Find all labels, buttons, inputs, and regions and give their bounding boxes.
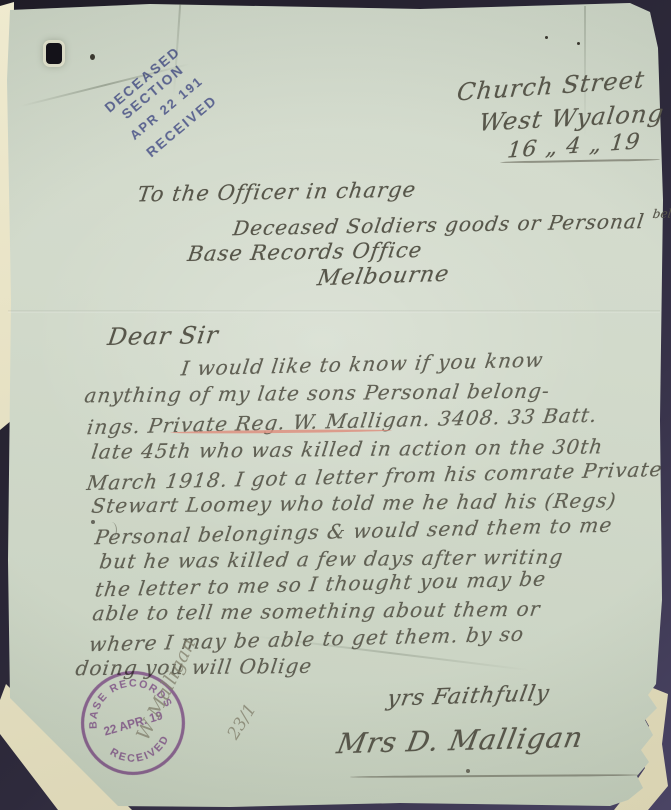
recipient-line3: Base Records Office (186, 238, 424, 266)
salutation: Dear Sir (106, 321, 221, 351)
body-line: able to tell me something about them or (91, 597, 542, 626)
ink-speck (90, 54, 95, 60)
recipient-line1: To the Officer in charge (136, 178, 418, 207)
scanned-letter: DECEASED SECTION APR 22 191 RECEIVED Chu… (0, 0, 671, 810)
signature: Mrs D. Malligan (334, 721, 586, 760)
ink-speck (577, 42, 580, 45)
punch-hole (46, 43, 62, 64)
insert-superscript: belongings (652, 206, 671, 221)
recipient-line4: Melbourne (315, 262, 451, 292)
body-line: anything of my late sons Personal belong… (83, 379, 551, 408)
pencil-dot (91, 520, 95, 524)
ink-speck (545, 36, 548, 39)
signature-dot (466, 769, 470, 773)
